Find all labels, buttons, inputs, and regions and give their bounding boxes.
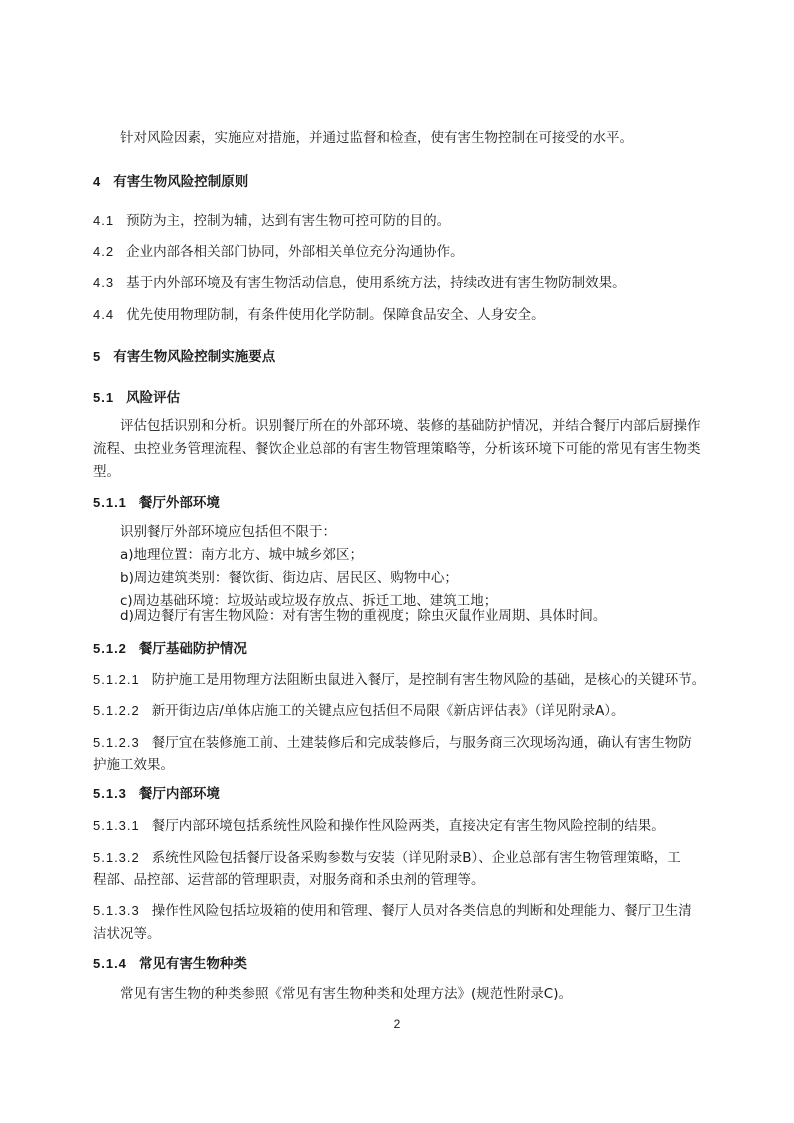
clause-5-1-3-3-continued: 洁状况等。 xyxy=(93,924,161,944)
section-number: 5.1.2 xyxy=(93,639,127,659)
risk-assessment-paragraph-line-2: 流程、虫控业务管理流程、餐饮企业总部的有害生物管理策略等，分析该环境下可能的常见… xyxy=(93,439,701,459)
section-title: 风险评估 xyxy=(126,390,180,406)
section-title: 餐厅外部环境 xyxy=(139,495,220,511)
section-title: 餐厅基础防护情况 xyxy=(139,641,247,657)
risk-assessment-paragraph-line-1: 评估包括识别和分析。识别餐厅所在的外部环境、装修的基础防护情况，并结合餐厅内部后… xyxy=(120,416,701,436)
common-pests-paragraph: 常见有害生物的种类参照《常见有害生物种类和处理方法》(规范性附录C)。 xyxy=(120,984,572,1004)
clause-number: 4.3 xyxy=(93,273,114,293)
clause-5-1-3-3: 5.1.3.3操作性风险包括垃圾箱的使用和管理、餐厅人员对各类信息的判断和处理能… xyxy=(93,901,692,921)
clause-5-1-2-2: 5.1.2.2新开街边店/单体店施工的关键点应包括但不局限《新店评估表》（详见附… xyxy=(93,701,625,721)
section-title: 餐厅内部环境 xyxy=(139,786,220,802)
section-number: 5.1.1 xyxy=(93,493,127,513)
section-5-1-2-heading: 5.1.2餐厅基础防护情况 xyxy=(93,639,247,659)
clause-5-1-3-1: 5.1.3.1餐厅内部环境包括系统性风险和操作性风险两类，直接决定有害生物风险控… xyxy=(93,816,665,836)
clause-5-1-2-3: 5.1.2.3餐厅宜在装修施工前、土建装修后和完成装修后，与服务商三次现场沟通，… xyxy=(93,733,692,753)
clause-text: 防护施工是用物理方法阻断虫鼠进入餐厅，是控制有害生物风险的基础，是核心的关键环节… xyxy=(152,672,706,688)
clause-number: 4.2 xyxy=(93,242,114,262)
section-number: 5 xyxy=(93,347,101,367)
clause-number: 5.1.2.3 xyxy=(93,733,140,753)
clause-text: 系统性风险包括餐厅设备采购参数与安装（详见附录B）、企业总部有害生物管理策略，工 xyxy=(152,850,681,866)
page-number: 2 xyxy=(0,1017,794,1031)
section-5-1-heading: 5.1风险评估 xyxy=(93,388,180,408)
section-number: 5.1.3 xyxy=(93,784,127,804)
clause-number: 5.1.3.1 xyxy=(93,816,140,836)
clause-text: 基于内外部环境及有害生物活动信息，使用系统方法，持续改进有害生物防制效果。 xyxy=(126,275,626,291)
clause-5-1-2-1: 5.1.2.1防护施工是用物理方法阻断虫鼠进入餐厅，是控制有害生物风险的基础，是… xyxy=(93,670,705,690)
clause-4-4: 4.4优先使用物理防制，有条件使用化学防制。保障食品安全、人身安全。 xyxy=(93,305,545,325)
clause-number: 5.1.2.2 xyxy=(93,701,140,721)
clause-number: 5.1.3.2 xyxy=(93,848,140,868)
section-5-1-1-heading: 5.1.1餐厅外部环境 xyxy=(93,493,220,513)
clause-5-1-3-2: 5.1.3.2系统性风险包括餐厅设备采购参数与安装（详见附录B）、企业总部有害生… xyxy=(93,848,681,868)
clause-text: 餐厅内部环境包括系统性风险和操作性风险两类，直接决定有害生物风险控制的结果。 xyxy=(152,818,665,834)
section-number: 5.1 xyxy=(93,388,114,408)
clause-4-3: 4.3基于内外部环境及有害生物活动信息，使用系统方法，持续改进有害生物防制效果。 xyxy=(93,273,626,293)
section-title: 常见有害生物种类 xyxy=(139,956,247,972)
section-number: 4 xyxy=(93,172,101,192)
external-env-intro: 识别餐厅外部环境应包括但不限于： xyxy=(120,522,336,542)
clause-number: 5.1.3.3 xyxy=(93,901,140,921)
risk-assessment-paragraph-line-3: 型。 xyxy=(93,462,120,482)
clause-5-1-2-3-continued: 护施工效果。 xyxy=(93,755,174,775)
section-title: 有害生物风险控制实施要点 xyxy=(113,349,275,365)
clause-number: 4.4 xyxy=(93,305,114,325)
clause-5-1-3-2-continued: 程部、品控部、运营部的管理职责，对服务商和杀虫剂的管理等。 xyxy=(93,870,485,890)
clause-text: 操作性风险包括垃圾箱的使用和管理、餐厅人员对各类信息的判断和处理能力、餐厅卫生清 xyxy=(152,903,692,919)
clause-4-2: 4.2企业内部各相关部门协同，外部相关单位充分沟通协作。 xyxy=(93,242,464,262)
clause-number: 5.1.2.1 xyxy=(93,670,140,690)
section-5-heading: 5有害生物风险控制实施要点 xyxy=(93,347,275,367)
section-4-heading: 4有害生物风险控制原则 xyxy=(93,172,248,192)
section-title: 有害生物风险控制原则 xyxy=(113,174,248,190)
list-item-a: a)地理位置：南方北方、城中城乡郊区； xyxy=(120,545,363,565)
section-5-1-4-heading: 5.1.4常见有害生物种类 xyxy=(93,954,247,974)
clause-4-1: 4.1预防为主，控制为辅，达到有害生物可控可防的目的。 xyxy=(93,211,450,231)
list-item-b: b)周边建筑类别：餐饮街、街边店、居民区、购物中心； xyxy=(120,568,458,588)
clause-text: 新开街边店/单体店施工的关键点应包括但不局限《新店评估表》（详见附录A）。 xyxy=(152,703,625,719)
section-number: 5.1.4 xyxy=(93,954,127,974)
list-item-d: d)周边餐厅有害生物风险：对有害生物的重视度；除虫灭鼠作业周期、具体时间。 xyxy=(120,606,606,626)
section-5-1-3-heading: 5.1.3餐厅内部环境 xyxy=(93,784,220,804)
clause-text: 预防为主，控制为辅，达到有害生物可控可防的目的。 xyxy=(126,213,450,229)
clause-number: 4.1 xyxy=(93,211,114,231)
intro-paragraph: 针对风险因素，实施应对措施，并通过监督和检查，使有害生物控制在可接受的水平。 xyxy=(120,128,633,148)
clause-text: 餐厅宜在装修施工前、土建装修后和完成装修后，与服务商三次现场沟通，确认有害生物防 xyxy=(152,735,692,751)
clause-text: 企业内部各相关部门协同，外部相关单位充分沟通协作。 xyxy=(126,244,464,260)
clause-text: 优先使用物理防制，有条件使用化学防制。保障食品安全、人身安全。 xyxy=(126,307,545,323)
